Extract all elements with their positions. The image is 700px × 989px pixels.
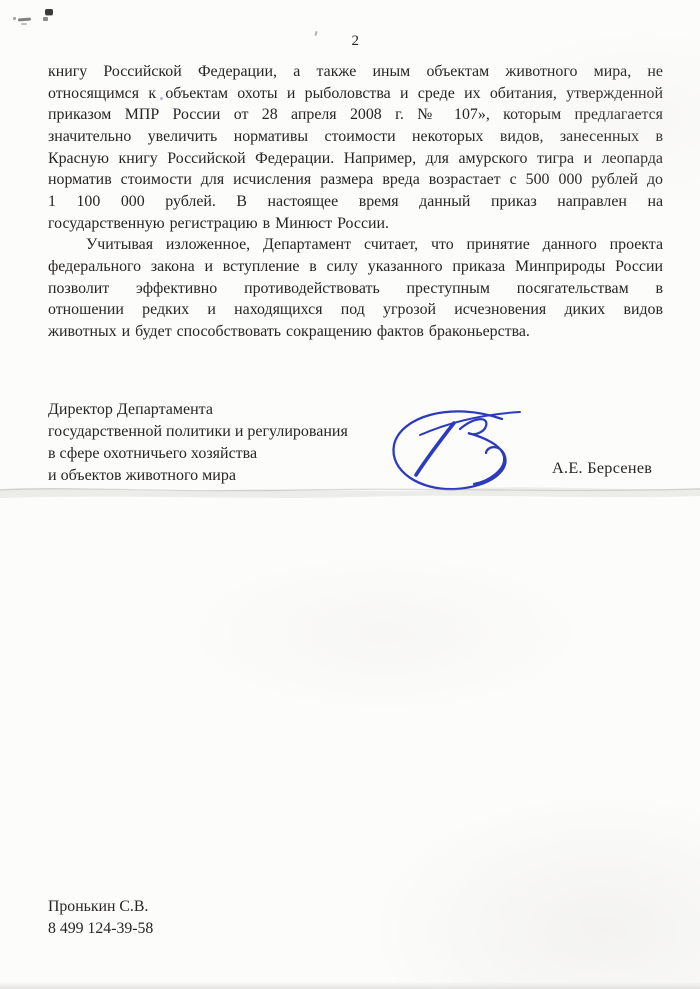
text-line: отношении редких и находящихся под угроз…	[48, 299, 663, 321]
text-line: федерального закона и вступление в силу …	[48, 256, 663, 278]
scanned-letter-page: 2 книгу Российской Федерации, а также ин…	[0, 0, 700, 989]
text-line: приказом МПР России от 28 апреля 2008 г.…	[48, 104, 663, 126]
executor-name: Пронькин С.В.	[48, 896, 153, 918]
text-line: позволит эффективно противодействовать п…	[48, 278, 663, 300]
text-line: относящимся к объектам охоты и рыболовст…	[48, 83, 663, 105]
body-paragraph: Учитывая изложенное, Департамент считает…	[48, 234, 663, 342]
text-line: норматив стоимости для исчисления размер…	[48, 169, 663, 191]
signature-title-block: Директор Департаментагосударственной пол…	[48, 399, 348, 487]
scan-edge-shadow	[0, 982, 700, 989]
text-line: в сфере охотничьего хозяйства	[48, 443, 348, 465]
text-line: 1 100 000 рублей. В настоящее время данн…	[48, 191, 663, 213]
scan-speck	[13, 17, 16, 20]
body-paragraph: книгу Российской Федерации, а также иным…	[48, 61, 663, 234]
letter-body: книгу Российской Федерации, а также иным…	[48, 61, 663, 343]
text-line: значительно увеличить нормативы стоимост…	[48, 126, 663, 148]
scan-speck	[45, 9, 53, 15]
text-line: Директор Департамента	[48, 399, 348, 421]
text-line: книгу Российской Федерации, а также иным…	[48, 61, 663, 83]
text-line: государственную регистрацию в Минюст Рос…	[48, 213, 663, 235]
handwritten-signature	[390, 401, 565, 496]
text-line: Учитывая изложенное, Департамент считает…	[48, 234, 663, 256]
text-line: Красную книгу Российской Федерации. Напр…	[48, 148, 663, 170]
page-number: 2	[48, 33, 663, 50]
text-line: государственной политики и регулирования	[48, 421, 348, 443]
executor-contact-block: Пронькин С.В. 8 499 124-39-58	[48, 896, 153, 940]
scan-speck	[18, 18, 31, 22]
text-line: животных и будет способствовать сокращен…	[48, 321, 663, 343]
text-line: и объектов животного мира	[48, 465, 348, 487]
signer-name: А.Е. Берсенев	[552, 459, 652, 478]
scan-speck	[21, 23, 27, 25]
executor-phone: 8 499 124-39-58	[48, 918, 153, 940]
scan-speck	[43, 17, 48, 21]
